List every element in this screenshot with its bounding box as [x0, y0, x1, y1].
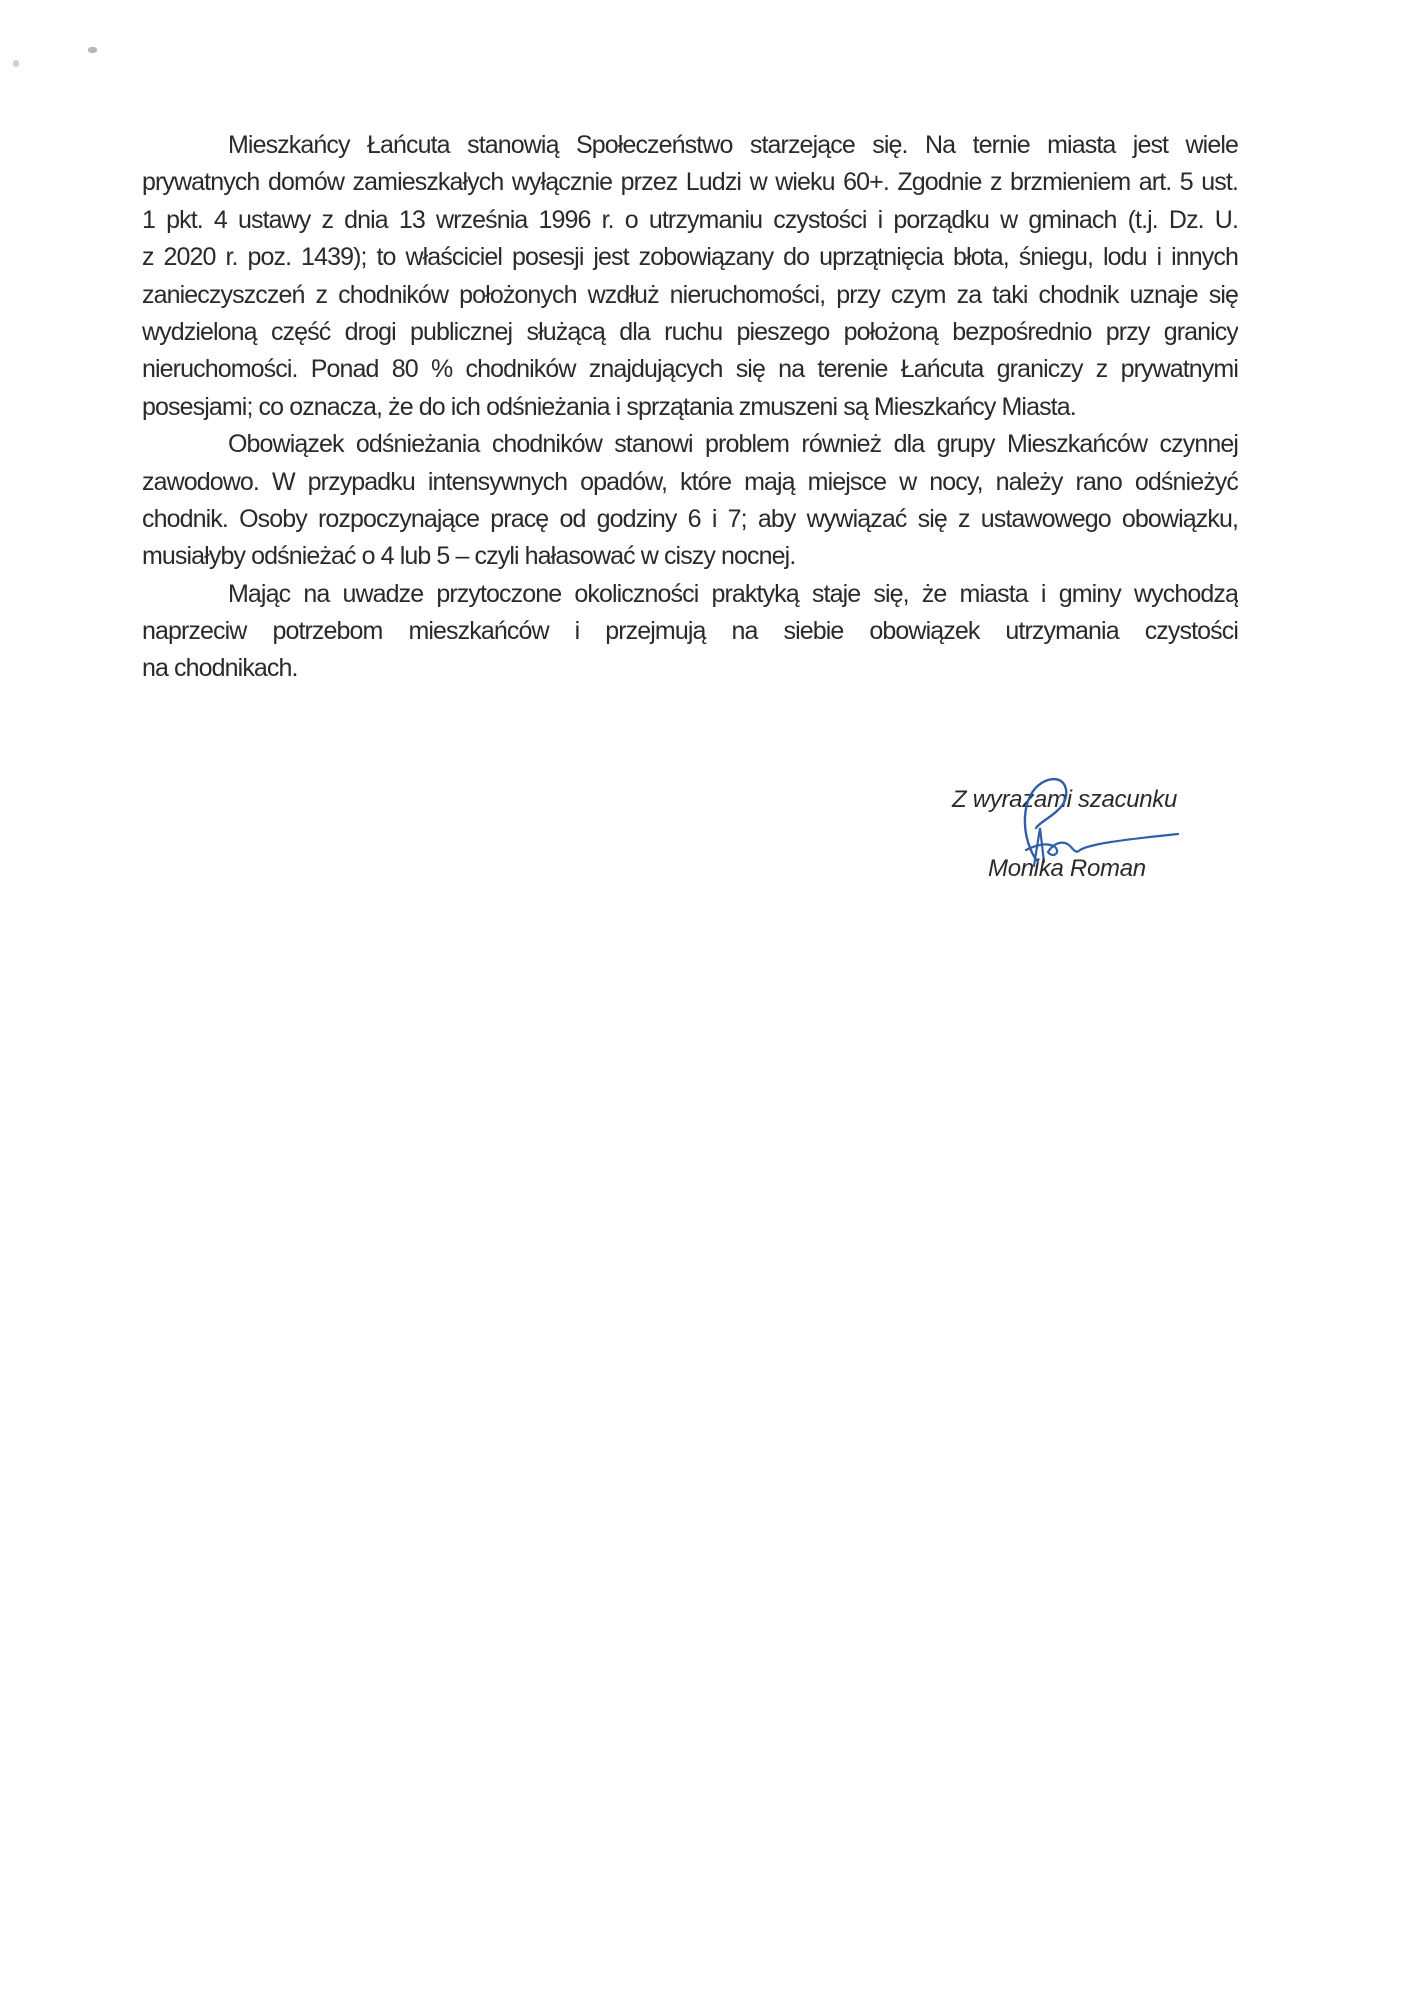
text-line: 1 pkt. 4 ustawy z dnia 13 września 1996 … [142, 202, 1238, 239]
closing-phrase: Z wyrazami szacunku [952, 786, 1177, 814]
text-line: na chodnikach. [142, 650, 1238, 687]
text-line: chodnik. Osoby rozpoczynające pracę od g… [142, 501, 1238, 538]
text-line: wydzieloną część drogi publicznej służąc… [142, 314, 1238, 351]
text-line: zanieczyszczeń z chodników położonych wz… [142, 277, 1238, 314]
text-line: naprzeciw potrzebom mieszkańców i przejm… [142, 613, 1238, 650]
text-line: nieruchomości. Ponad 80 % chodników znaj… [142, 351, 1238, 388]
paragraph-2: Obowiązek odśnieżania chodników stanowi … [142, 426, 1238, 576]
text-line: posesjami; co oznacza, że do ich odśnież… [142, 389, 1238, 426]
letter-body: Mieszkańcy Łańcuta stanowią Społeczeństw… [142, 127, 1238, 688]
text-line: Mając na uwadze przytoczone okoliczności… [142, 576, 1238, 613]
scan-artifact [13, 60, 19, 67]
text-line: prywatnych domów zamieszkałych wyłącznie… [142, 164, 1238, 201]
text-line: Mieszkańcy Łańcuta stanowią Społeczeństw… [142, 127, 1238, 164]
paragraph-3: Mając na uwadze przytoczone okoliczności… [142, 576, 1238, 688]
scan-artifact [88, 47, 97, 53]
signer-name: Monika Roman [988, 855, 1146, 883]
text-line: musiałyby odśnieżać o 4 lub 5 – czyli ha… [142, 538, 1238, 575]
text-line: z 2020 r. poz. 1439); to właściciel pose… [142, 239, 1238, 276]
text-line: zawodowo. W przypadku intensywnych opadó… [142, 464, 1238, 501]
paragraph-1: Mieszkańcy Łańcuta stanowią Społeczeństw… [142, 127, 1238, 426]
text-line: Obowiązek odśnieżania chodników stanowi … [142, 426, 1238, 463]
